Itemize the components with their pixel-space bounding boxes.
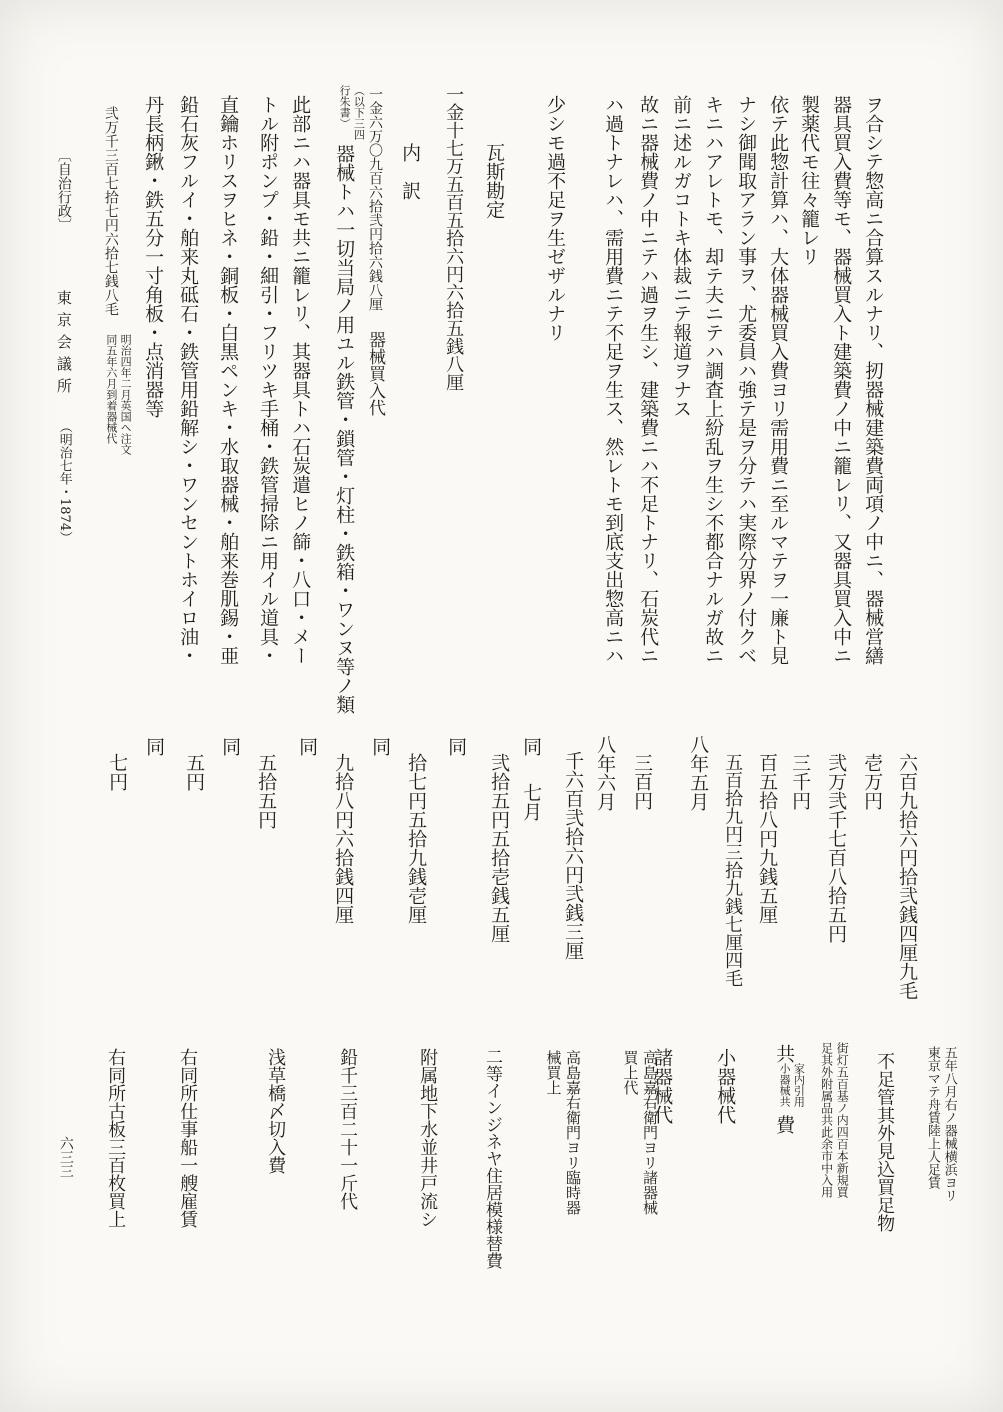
body-column-9: ハ過トナレハ、需用費ニテ不足ヲ生ス、然レトモ到底支出惣高ニハ [603,95,623,665]
text-segment: 共 [773,1044,795,1063]
amount-column-7: 三百円 [632,753,652,810]
body-column-4: 依テ此惣計算ハ、大体器械買入費ヨリ需用費ニ至ルマテヲ一廉ト見 [768,95,788,665]
inline-annotation: （以下三四行朱書） [337,85,366,140]
body-column-7: 前ニ述ルガコトキ体裁ニテ報道ヲナス [671,95,691,418]
inline-annotation: 明治四年二月英国ヘ注文同五年六月到着器械代 [104,334,133,455]
text-segment: 一金六万〇九百六拾弐円拾六銭八厘 [367,87,383,311]
sub-amount-imported-machinery: 弐万千三百七拾七円六拾七銭八毛明治四年二月英国ヘ注文同五年六月到着器械代 [103,106,132,455]
item-list-column-5: 丹長柄鍬・鉄五分一寸角板・点消器等 [143,95,163,418]
document-page: ヲ合シテ惣高ニ合算スルナリ、扨器械建築費両項ノ中ニ、器械営繕器具買入費等モ、器械… [0,0,1003,1412]
note-asakusabashi: 浅草橋〆切入費 [266,1048,285,1174]
running-title-edition: （明治七年・1874） [57,420,71,544]
date-column-2: 八年六月 [595,735,615,811]
amount-column-12: 五拾五円 [256,753,276,829]
note-takashima-temporary: 高島嘉右衛門ヨリ臨時器械買上 [543,1050,582,1215]
note-household-use-cost: 共家内引用小器械共費 [774,1044,805,1134]
amount-column-5: 百五拾八円九銭五厘 [757,753,777,924]
date-column-1: 八年五月 [688,735,708,811]
spacer [110,316,111,334]
body-column-6: キニハアレトモ、却テ夫ニテハ調査上紛乱ヲ生シ不都合ナルガ故ニ [703,95,723,665]
spacer [375,311,376,331]
date-column-7: 同 [220,737,240,756]
item-list-column-4: 鉛石灰フルイ・舶来丸砥石・鉄管用鉛解シ・ワンセントホイロ油・ [178,95,198,665]
running-title-category: 〔自治行政〕 [56,148,71,232]
sub-amount-machinery: 一金六万〇九百六拾弐円拾六銭八厘器械買入代 [366,87,384,416]
note-workboat-hire: 右同所仕事船一艘雇賃 [178,1048,197,1228]
body-column-10: 少シモ過不足ヲ生ゼザルナリ [545,95,565,342]
total-amount-line: 一金十七万五百五拾六円六拾五銭八厘 [444,85,463,391]
date-column-3: 同七月 [521,737,541,821]
note-old-boards: 右同所古板三百枚買上 [106,1048,125,1228]
note-small-machinery: 小器械代 [715,1048,735,1124]
running-title-organization: 東京会議所 [55,290,71,400]
note-underground-water: 附属地下水並井戸流シ [418,1048,437,1228]
breakdown-label: 内 訳 [400,143,420,200]
date-column-5: 同 [370,737,390,756]
text-segment: 同 [520,737,542,756]
note-engineer-residence: 二等インジネヤ住居模様替費 [483,1048,501,1269]
spacer [531,756,532,783]
amount-column-4: 三千円 [790,753,810,810]
page-number: 六三三 [58,1136,73,1178]
body-column-2: 器具買入費等モ、器械買入ト建築費ノ中ニ籠レリ、又器具買入中ニ [831,95,851,665]
amount-column-1: 六百九拾六円拾弐銭四厘九毛 [897,753,917,1000]
note-shipping-annotation: 五年八月右ノ器械横浜ヨリ東京マテ舟賃陸上人足賃 [923,1046,957,1202]
amount-column-14: 七円 [107,753,127,791]
amount-column-2: 壱万円 [862,753,882,810]
note-shortfall-pipes: 不足管其外見込買足物 [875,1052,894,1232]
date-column-4: 同 [446,737,466,756]
note-streetlamp-annotation: 街灯五百基ノ内四百本新規買足其外附属品共此余市中入用 [818,1042,849,1198]
amount-column-8: 千六百弐拾六円弐銭三厘 [563,751,583,960]
text-segment: 七月 [520,783,542,821]
text-segment: 器械トハ一切当局ノ用ユル鉄管・鎖管・灯柱・鉄箱・ワンヌ等ノ類 [333,144,355,714]
text-segment: 費 [773,1115,795,1134]
item-list-column-3: 直鑰ホリスヲヒネ・銅板・白黒ペンキ・水取器械・舶来巻肌錫・亜 [218,95,238,665]
text-segment: 弐万千三百七拾七円六拾七銭八毛 [103,106,119,316]
item-list-column-1: 此部ニハ器具モ共ニ籠レリ、其器具トハ石炭遣ヒノ篩・八口・メー [290,95,310,665]
amount-column-9: 弐拾五円五拾壱銭五厘 [489,753,509,943]
body-column-5: ナシ御聞取アラン事ヲ、尤委員ハ強テ是ヲ分テハ実際分界ノ付クベ [736,95,756,665]
amount-column-3: 弐万弐千七百八拾五円 [826,753,846,943]
inline-annotation: 家内引用小器械共 [777,1063,806,1107]
amount-column-11: 九拾八円六拾銭四厘 [333,753,353,924]
spacer [784,1107,785,1115]
heading-gas-account: 瓦斯勘定 [484,143,504,219]
text-segment: 器械買入代 [365,331,385,416]
date-column-6: 同 [297,737,317,756]
red-note-and-machinery-definition: （以下三四行朱書）器械トハ一切当局ノ用ユル鉄管・鎖管・灯柱・鉄箱・ワンヌ等ノ類 [334,85,365,714]
amount-column-6: 五百拾九円三拾九銭七厘四毛 [723,753,742,987]
body-column-3: 製薬代モ往々籠レリ [799,95,819,266]
note-lead-purchase: 鉛千三百二十一斤代 [338,1048,357,1210]
item-list-column-2: トル附ポンプ・鉛・細引・フリツキ手桶・鉄管掃除ニ用イル道具・ [258,95,278,665]
body-column-8: 故ニ器械費ノ中ニテハ過ヲ生シ、建築費ニハ不足トナリ、石炭代ニ [638,95,658,665]
note-takashima-purchase: 高島嘉右衛門ヨリ諸器械買上代 [620,1050,659,1215]
amount-column-13: 五円 [184,753,204,791]
amount-column-10: 拾七円五拾九銭壱厘 [406,753,426,924]
date-column-8: 同 [144,737,164,756]
body-column-1: ヲ合シテ惣高ニ合算スルナリ、扨器械建築費両項ノ中ニ、器械営繕 [863,95,883,665]
